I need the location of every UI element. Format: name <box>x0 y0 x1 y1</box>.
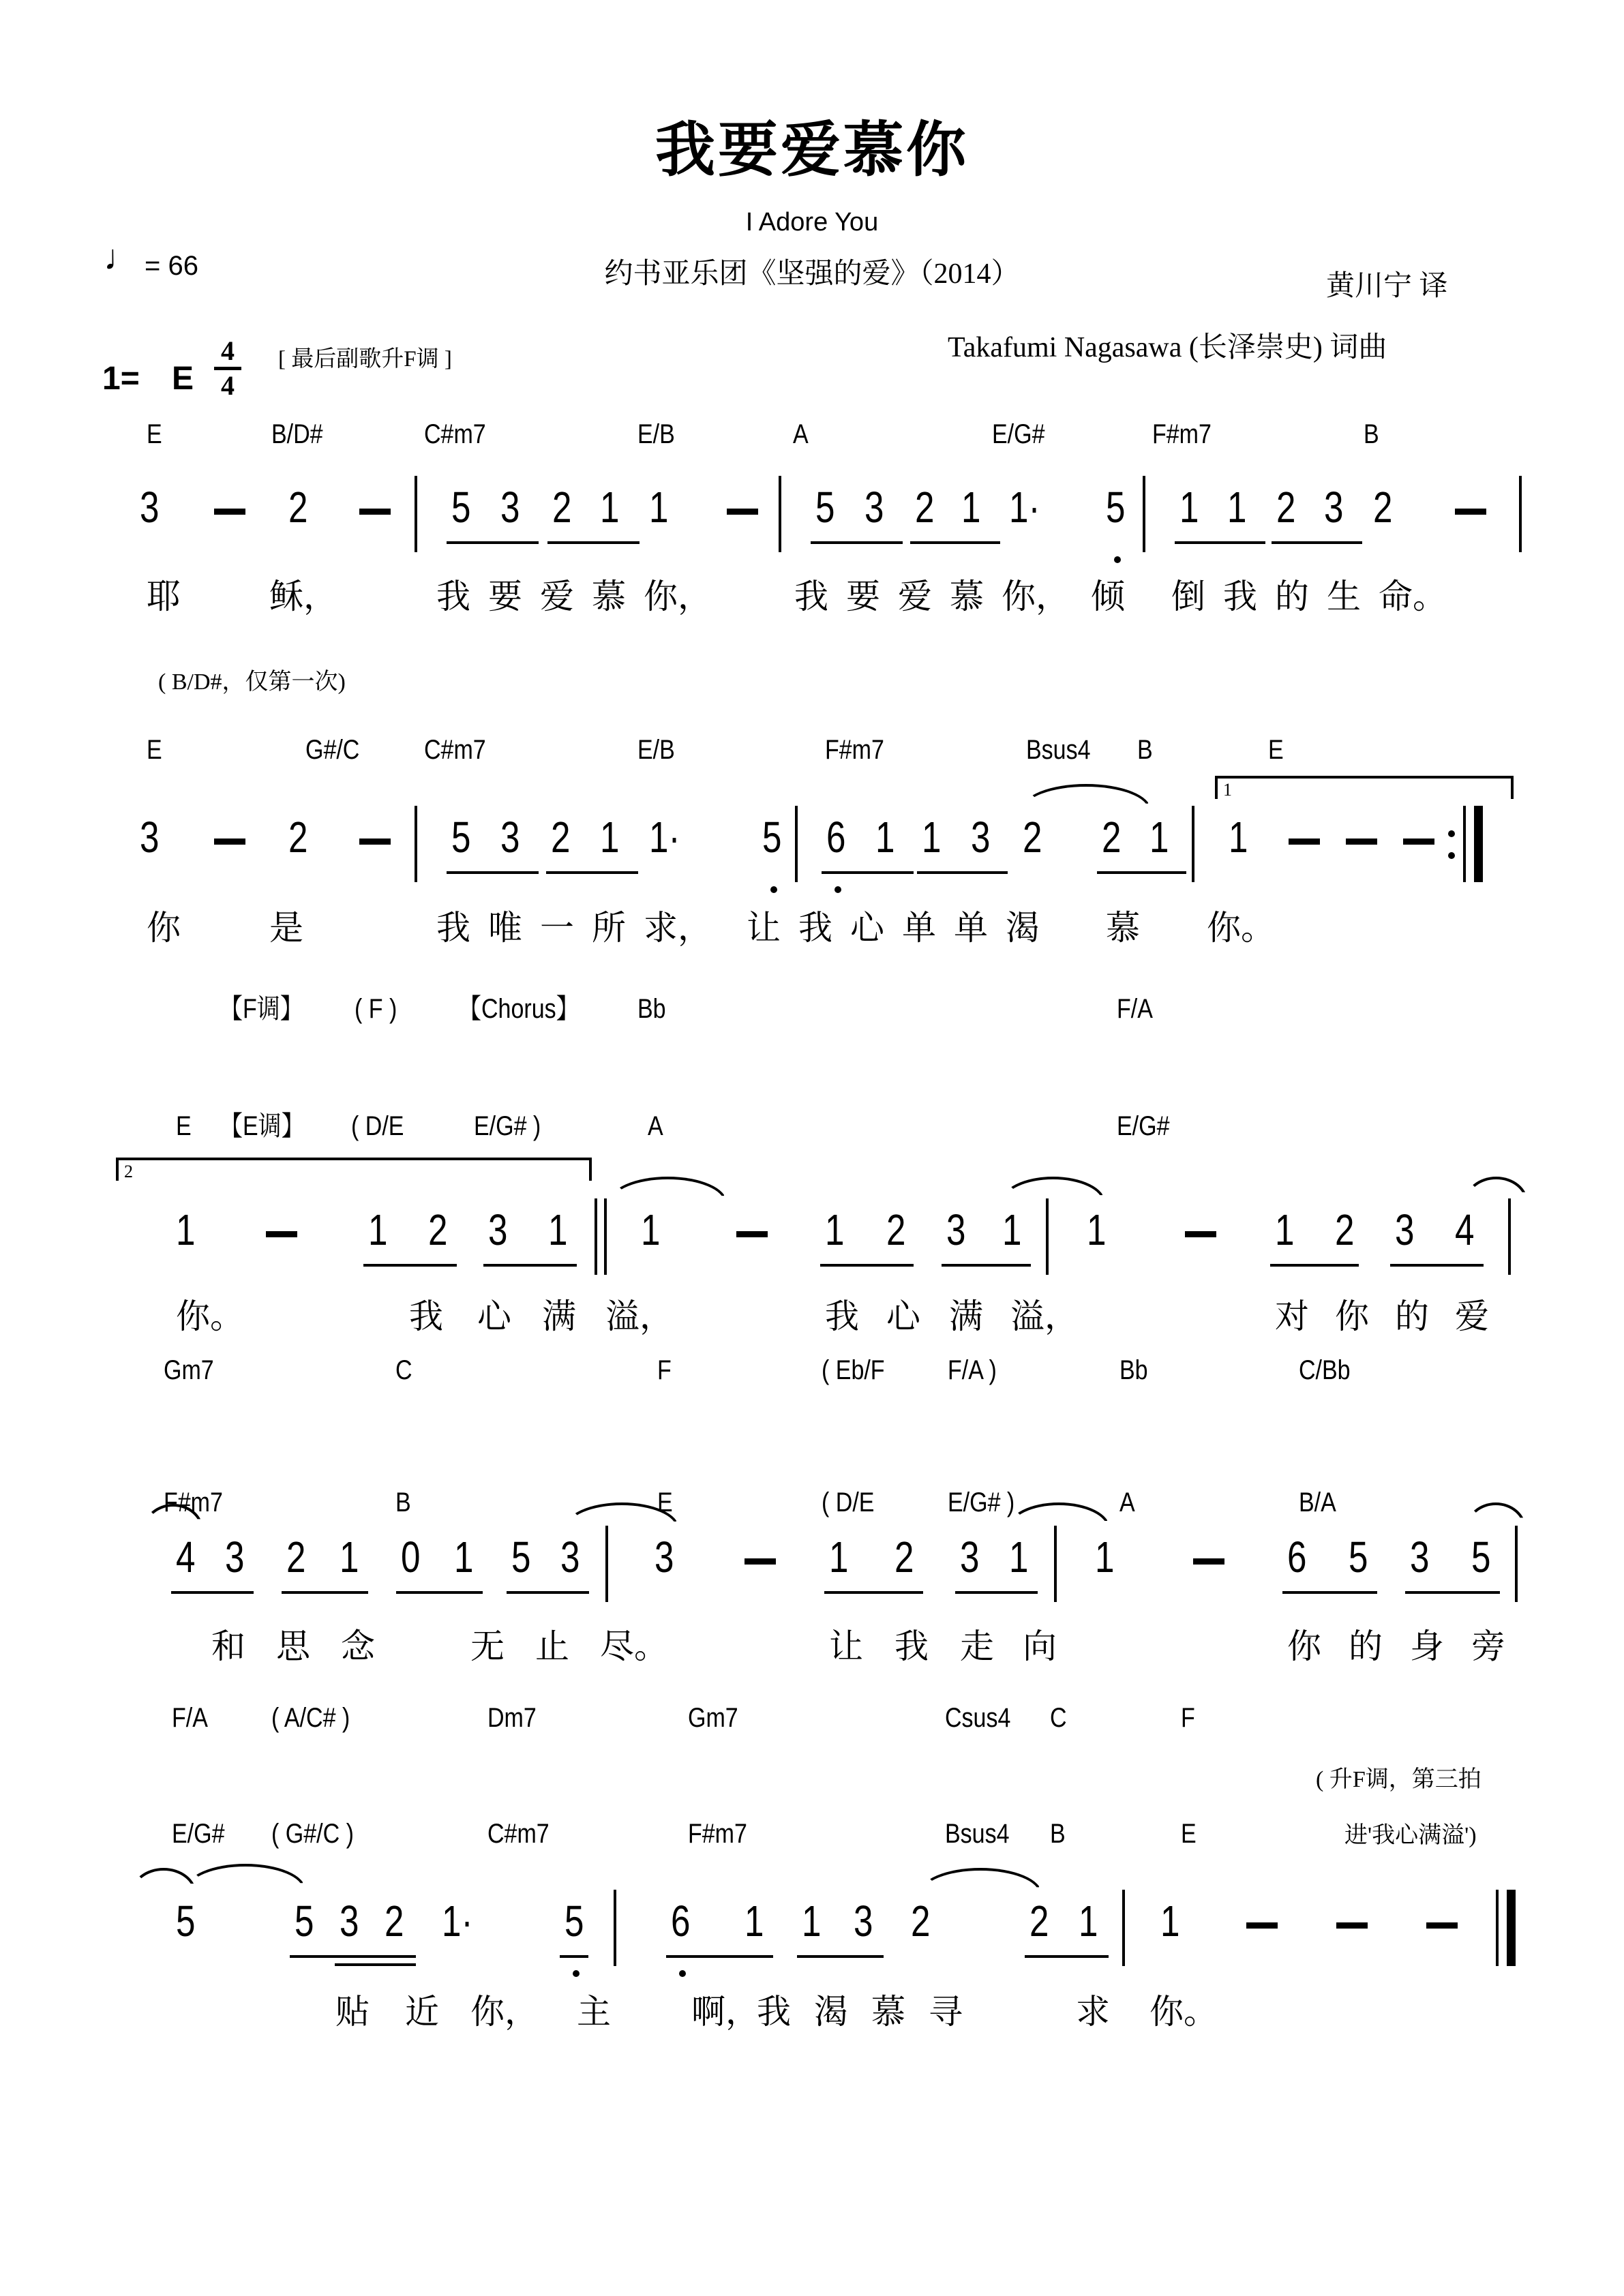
final-barline <box>1507 1890 1516 1966</box>
lyric-syllable: 慕 <box>592 579 626 614</box>
note-digit: 3 <box>655 1535 674 1579</box>
lyric-syllable: 你 <box>147 911 181 945</box>
dash-line <box>1185 1231 1216 1237</box>
note-digit: 2 <box>915 485 934 529</box>
lyric-syllable: 我 <box>436 579 470 614</box>
lyric-syllable: 求 <box>1076 1995 1110 2029</box>
note-digit: 1 <box>1095 1535 1114 1579</box>
lyric-syllable: 爱 <box>1455 1299 1489 1333</box>
note-digit: 2 <box>286 1535 305 1579</box>
barline <box>1054 1526 1057 1602</box>
chord-label: F#m7 <box>688 1819 747 1849</box>
lyric-syllable: 啊， <box>691 1995 760 2029</box>
note-digit: 1 <box>600 485 619 529</box>
note-underline <box>507 1591 589 1594</box>
slur <box>1466 1502 1526 1528</box>
lyric-syllable: 溢， <box>605 1299 674 1333</box>
note-digit: 1 <box>454 1535 473 1579</box>
lyric-syllable: 稣， <box>269 579 337 614</box>
note-underline <box>335 1963 416 1966</box>
note-digit: 4 <box>176 1535 195 1579</box>
dash-line <box>266 1231 297 1237</box>
key-letter: E <box>172 360 194 397</box>
note-underline <box>917 871 1008 874</box>
dash-line <box>1193 1558 1224 1565</box>
note-underline <box>824 1591 923 1594</box>
note-underline <box>1272 541 1362 544</box>
note-digit: 1 <box>1179 485 1199 529</box>
note-digit: 3 <box>1410 1535 1429 1579</box>
composer-credit: Takafumi Nagasawa (长泽崇史) 词曲 <box>948 324 1387 365</box>
chord-label: ( F ) <box>355 994 397 1024</box>
chord-label: Gm7 <box>164 1355 214 1385</box>
lyric-syllable: 近 <box>405 1995 439 2029</box>
note-digit: 1 <box>1087 1208 1106 1252</box>
note-underline <box>396 1591 483 1594</box>
note-digit: 1 <box>649 485 668 529</box>
note-underline <box>811 541 903 544</box>
chord-label: A <box>793 419 809 449</box>
chord-label: E/G# <box>992 419 1044 449</box>
chord-label: C/Bb <box>1299 1355 1351 1385</box>
volta-number: 1 <box>1223 780 1232 800</box>
lyric-syllable: 溢， <box>1010 1299 1079 1333</box>
slur <box>185 1864 305 1890</box>
barline <box>1143 476 1145 552</box>
song-title: 我要爱慕你 <box>0 102 1624 188</box>
note-digit: 1 <box>176 1208 195 1252</box>
modulation-note: [ 最后副歌升F调 ] <box>278 341 452 373</box>
note-digit: 1 <box>802 1899 821 1943</box>
slur <box>1464 1177 1528 1203</box>
dash-line <box>1403 839 1434 845</box>
chord-label: Gm7 <box>688 1703 738 1733</box>
chord-label: E <box>1181 1819 1197 1849</box>
lyric-syllable: 渴 <box>814 1995 848 2029</box>
note-digit: 3 <box>960 1535 979 1579</box>
lyric-syllable: 所 <box>592 911 626 945</box>
note-digit: 5 <box>295 1899 314 1943</box>
chord-label: ( A/C# ) <box>271 1703 350 1733</box>
quarter-note-icon: ♩ <box>104 240 139 275</box>
dash-line <box>736 1231 768 1237</box>
note-digit: 3 <box>225 1535 244 1579</box>
dash-line <box>745 1558 776 1565</box>
note-digit: 5 <box>176 1899 195 1943</box>
chord-label: Csus4 <box>945 1703 1010 1733</box>
note-digit: 1 <box>1149 815 1169 859</box>
chord-label: C <box>395 1355 412 1385</box>
chord-label: E <box>147 419 162 449</box>
lyric-syllable: 无 <box>470 1629 505 1663</box>
barline <box>605 1526 608 1602</box>
note-digit: 4 <box>1455 1208 1474 1252</box>
note-underline <box>1270 1264 1359 1267</box>
lyric-syllable: 我 <box>409 1299 443 1333</box>
note-digit: 1 <box>1275 1208 1294 1252</box>
chord-label: ( G#/C ) <box>271 1819 354 1849</box>
dash-line <box>1346 839 1377 845</box>
note-digit: 3 <box>488 1208 507 1252</box>
note-digit: 2 <box>385 1899 404 1943</box>
note-digit: 2 <box>1102 815 1121 859</box>
chord-label: ( Eb/F <box>822 1355 885 1385</box>
note-digit: 2 <box>1029 1899 1049 1943</box>
note-underline <box>290 1955 416 1958</box>
song-subtitle-english: I Adore You <box>0 208 1624 237</box>
note-digit: 1 <box>1002 1208 1021 1252</box>
note-digit: 3 <box>500 485 520 529</box>
lyric-syllable: 心 <box>477 1299 511 1333</box>
lyric-syllable: 止 <box>535 1629 569 1663</box>
chord-label: ( D/E <box>822 1487 874 1517</box>
note-underline <box>1390 1264 1484 1267</box>
lyric-syllable: 的 <box>1275 579 1309 614</box>
lyric-syllable: 的 <box>1349 1629 1383 1663</box>
lyric-syllable: 满 <box>949 1299 983 1333</box>
lyric-syllable: 倾 <box>1091 579 1125 614</box>
volta-number: 2 <box>124 1162 133 1182</box>
annotation: ( 升F调，第三拍 <box>1316 1760 1482 1794</box>
note-underline <box>942 1264 1031 1267</box>
note-digit: 1 <box>825 1208 844 1252</box>
chord-label: F/A <box>172 1703 208 1733</box>
barline <box>1192 806 1194 882</box>
slur <box>919 1868 1042 1894</box>
lyric-syllable: 对 <box>1275 1299 1309 1333</box>
barline <box>1122 1890 1125 1966</box>
lyric-syllable: 身 <box>1410 1629 1444 1663</box>
time-signature-bottom: 4 <box>221 372 235 400</box>
lyric-syllable: 耶 <box>147 579 181 614</box>
chord-label: E <box>176 1111 192 1141</box>
repeat-end-barline <box>1474 806 1483 882</box>
octave-dot <box>573 1970 580 1977</box>
barline <box>1046 1198 1049 1275</box>
note-digit: 3 <box>560 1535 580 1579</box>
note-underline <box>822 871 914 874</box>
chord-label: Bsus4 <box>945 1819 1009 1849</box>
note-underline <box>820 1264 914 1267</box>
chord-label: E <box>147 735 162 765</box>
chord-label: E <box>1268 735 1284 765</box>
lyric-syllable: 思 <box>276 1629 310 1663</box>
lyric-syllable: 单 <box>902 911 936 945</box>
slur <box>1001 1177 1105 1203</box>
dash-line <box>359 509 391 515</box>
note-digit: 6 <box>1287 1535 1306 1579</box>
chord-label: F <box>1181 1703 1195 1733</box>
chord-label: B <box>395 1487 411 1517</box>
note-underline <box>910 541 1000 544</box>
note-underline <box>171 1591 254 1594</box>
note-digit: 1· <box>649 815 680 859</box>
note-digit: 2 <box>288 485 307 529</box>
lyric-syllable: 慕 <box>1106 911 1140 945</box>
lyric-syllable: 慕 <box>871 1995 905 2029</box>
chord-label: A <box>1119 1487 1135 1517</box>
barline <box>779 476 781 552</box>
annotation: ( B/D#，仅第一次) <box>158 663 346 696</box>
note-digit: 3 <box>140 815 159 859</box>
note-digit: 2 <box>894 1535 914 1579</box>
note-underline <box>1282 1591 1377 1594</box>
note-digit: 3 <box>946 1208 965 1252</box>
chord-label: E/G# ) <box>474 1111 541 1141</box>
lyric-syllable: 你。 <box>176 1299 244 1333</box>
note-underline <box>1175 541 1265 544</box>
lyric-syllable: 是 <box>269 911 303 945</box>
repeat-end-barline <box>1463 806 1466 882</box>
key-prefix: 1= <box>102 360 140 397</box>
chord-label: C#m7 <box>424 735 486 765</box>
note-underline <box>363 1264 457 1267</box>
note-digit: 5 <box>762 815 781 859</box>
note-digit: 5 <box>451 485 470 529</box>
note-underline <box>1405 1591 1500 1594</box>
note-digit: 2 <box>911 1899 930 1943</box>
note-digit: 5 <box>451 815 470 859</box>
note-digit: 1 <box>1009 1535 1028 1579</box>
lyric-syllable: 唯 <box>488 911 522 945</box>
chord-label: G#/C <box>305 735 359 765</box>
translator-credit: 黄川宁 译 <box>1326 263 1448 304</box>
dash-line <box>727 509 758 515</box>
note-digit: 1 <box>1229 815 1248 859</box>
note-digit: 1 <box>1160 1899 1179 1943</box>
lyric-syllable: 的 <box>1395 1299 1429 1333</box>
chord-label: B/A <box>1299 1487 1336 1517</box>
octave-dot <box>834 886 841 893</box>
chord-label: F/A ) <box>948 1355 997 1385</box>
chord-label: B <box>1137 735 1153 765</box>
chord-label: C#m7 <box>487 1819 550 1849</box>
lyric-syllable: 心 <box>850 911 884 945</box>
chord-label: 【Chorus】 <box>458 994 580 1024</box>
note-digit: 2 <box>1335 1208 1354 1252</box>
note-digit: 2 <box>886 1208 905 1252</box>
note-digit: 1· <box>442 1899 473 1943</box>
lyric-syllable: 让 <box>829 1629 863 1663</box>
lyric-syllable: 和 <box>211 1629 245 1663</box>
lyric-syllable: 寻 <box>929 1995 963 2029</box>
lyric-syllable: 向 <box>1023 1629 1057 1663</box>
note-digit: 3 <box>971 815 990 859</box>
lyric-syllable: 主 <box>577 1995 611 2029</box>
note-underline <box>546 871 638 874</box>
note-digit: 2 <box>1276 485 1295 529</box>
repeat-dot <box>1448 852 1455 859</box>
lyric-syllable: 我 <box>757 1995 791 2029</box>
chord-label: E/G# ) <box>948 1487 1014 1517</box>
octave-dot <box>1114 556 1121 563</box>
chord-label: A <box>648 1111 663 1141</box>
note-digit: 3 <box>140 485 159 529</box>
chord-label: E/G# <box>172 1819 224 1849</box>
lyric-syllable: 你 <box>1287 1629 1321 1663</box>
note-digit: 2 <box>1373 485 1392 529</box>
chord-label: E/B <box>637 735 675 765</box>
lyric-syllable: 渴 <box>1006 911 1040 945</box>
note-digit: 6 <box>826 815 845 859</box>
lyric-syllable: 我 <box>894 1629 929 1663</box>
note-digit: 1 <box>368 1208 387 1252</box>
tempo-value: = 66 <box>145 251 198 282</box>
barline <box>1508 1198 1511 1275</box>
lyric-syllable: 要 <box>846 579 880 614</box>
double-barline <box>604 1198 607 1275</box>
lyric-syllable: 爱 <box>540 579 574 614</box>
dash-line <box>1246 1922 1278 1929</box>
note-underline <box>483 1264 577 1267</box>
note-digit: 3 <box>500 815 520 859</box>
chord-label: F#m7 <box>825 735 884 765</box>
chord-label: F/A <box>1117 994 1153 1024</box>
note-digit: 2 <box>551 815 570 859</box>
lyric-syllable: 你 <box>1335 1299 1369 1333</box>
note-digit: 5 <box>1471 1535 1490 1579</box>
note-digit: 1· <box>1009 485 1040 529</box>
lyric-syllable: 命。 <box>1379 579 1447 614</box>
lyric-syllable: 我 <box>798 911 832 945</box>
note-underline <box>282 1591 368 1594</box>
slur <box>1008 1502 1110 1528</box>
lyric-syllable: 你。 <box>1207 911 1275 945</box>
chord-label: Dm7 <box>487 1703 537 1733</box>
note-digit: 2 <box>288 815 307 859</box>
note-digit: 1 <box>641 1208 660 1252</box>
note-digit: 3 <box>1395 1208 1414 1252</box>
note-digit: 5 <box>565 1899 584 1943</box>
lyric-syllable: 贴 <box>335 1995 370 2029</box>
volta-bracket: 2 <box>116 1158 592 1181</box>
note-underline <box>797 1955 884 1958</box>
slur <box>131 1868 196 1894</box>
chord-label: Bb <box>1119 1355 1148 1385</box>
dash-line <box>1455 509 1486 515</box>
lyric-syllable: 走 <box>960 1629 994 1663</box>
note-digit: 1 <box>1227 485 1246 529</box>
double-barline <box>595 1198 597 1275</box>
volta-bracket: 1 <box>1215 776 1514 799</box>
lyric-syllable: 让 <box>747 911 781 945</box>
lyric-syllable: 你。 <box>1149 1995 1218 2029</box>
slur <box>1021 784 1151 810</box>
annotation: 进'我心满溢') <box>1344 1816 1477 1849</box>
lyric-syllable: 念 <box>341 1629 375 1663</box>
octave-dot <box>679 1970 686 1977</box>
sheet-page: 我要爱慕你 I Adore You 约书亚乐团《坚强的爱》（2014） 黄川宁 … <box>0 0 1624 2296</box>
barline <box>795 806 798 882</box>
lyric-syllable: 我 <box>1223 579 1257 614</box>
note-digit: 6 <box>671 1899 690 1943</box>
chord-label: E/B <box>637 419 675 449</box>
note-digit: 0 <box>401 1535 420 1579</box>
note-digit: 1 <box>875 815 894 859</box>
slur <box>609 1177 727 1203</box>
dash-line <box>1289 839 1320 845</box>
dash-line <box>359 839 391 845</box>
note-digit: 5 <box>1349 1535 1368 1579</box>
octave-dot <box>770 886 777 893</box>
note-digit: 1 <box>600 815 619 859</box>
lyric-syllable: 单 <box>954 911 988 945</box>
time-signature-top: 4 <box>221 337 235 365</box>
dash-line <box>1336 1922 1368 1929</box>
lyric-syllable: 求， <box>644 911 712 945</box>
note-digit: 3 <box>854 1899 873 1943</box>
lyric-syllable: 我 <box>436 911 470 945</box>
note-digit: 3 <box>340 1899 359 1943</box>
note-digit: 1 <box>961 485 980 529</box>
note-underline <box>1097 871 1186 874</box>
chord-label: C#m7 <box>424 419 486 449</box>
barline <box>1515 1526 1518 1602</box>
lyric-syllable: 你， <box>1002 579 1070 614</box>
note-underline <box>560 1955 588 1958</box>
note-underline <box>955 1591 1038 1594</box>
note-digit: 1 <box>922 815 941 859</box>
lyric-syllable: 慕 <box>950 579 984 614</box>
chord-label: F#m7 <box>1152 419 1212 449</box>
note-digit: 3 <box>1324 485 1343 529</box>
barline <box>1519 476 1522 552</box>
note-underline <box>1025 1955 1109 1958</box>
note-digit: 1 <box>340 1535 359 1579</box>
lyric-syllable: 生 <box>1327 579 1361 614</box>
lyric-syllable: 要 <box>488 579 522 614</box>
dash-line <box>214 839 245 845</box>
chord-label: B/D# <box>271 419 323 449</box>
lyric-syllable: 心 <box>886 1299 920 1333</box>
barline <box>415 806 417 882</box>
barline <box>614 1890 616 1966</box>
lyric-syllable: 你， <box>644 579 712 614</box>
note-digit: 5 <box>815 485 834 529</box>
note-underline <box>447 871 539 874</box>
chord-label: Bsus4 <box>1026 735 1090 765</box>
final-barline <box>1496 1890 1499 1966</box>
lyric-syllable: 倒 <box>1171 579 1205 614</box>
chord-label: B <box>1364 419 1379 449</box>
chord-label: F <box>657 1355 672 1385</box>
lyric-syllable: 我 <box>825 1299 859 1333</box>
note-digit: 5 <box>511 1535 530 1579</box>
chord-label: 【E调】 <box>220 1111 305 1141</box>
chord-label: C <box>1050 1703 1067 1733</box>
note-underline <box>547 541 640 544</box>
lyric-syllable: 爱 <box>898 579 932 614</box>
note-digit: 1 <box>548 1208 567 1252</box>
time-signature: 4 4 <box>213 337 243 400</box>
note-digit: 2 <box>1023 815 1042 859</box>
note-digit: 3 <box>864 485 884 529</box>
lyric-syllable: 我 <box>794 579 828 614</box>
lyric-syllable: 一 <box>540 911 574 945</box>
note-underline <box>447 541 539 544</box>
note-digit: 2 <box>552 485 571 529</box>
note-digit: 5 <box>1106 485 1125 529</box>
note-digit: 1 <box>829 1535 848 1579</box>
note-digit: 1 <box>1079 1899 1098 1943</box>
dash-line <box>214 509 245 515</box>
chord-label: 【F调】 <box>220 994 303 1024</box>
lyric-syllable: 旁 <box>1471 1629 1505 1663</box>
lyric-syllable: 你， <box>470 1995 539 2029</box>
note-digit: 2 <box>428 1208 447 1252</box>
barline <box>415 476 417 552</box>
note-underline <box>666 1955 773 1958</box>
